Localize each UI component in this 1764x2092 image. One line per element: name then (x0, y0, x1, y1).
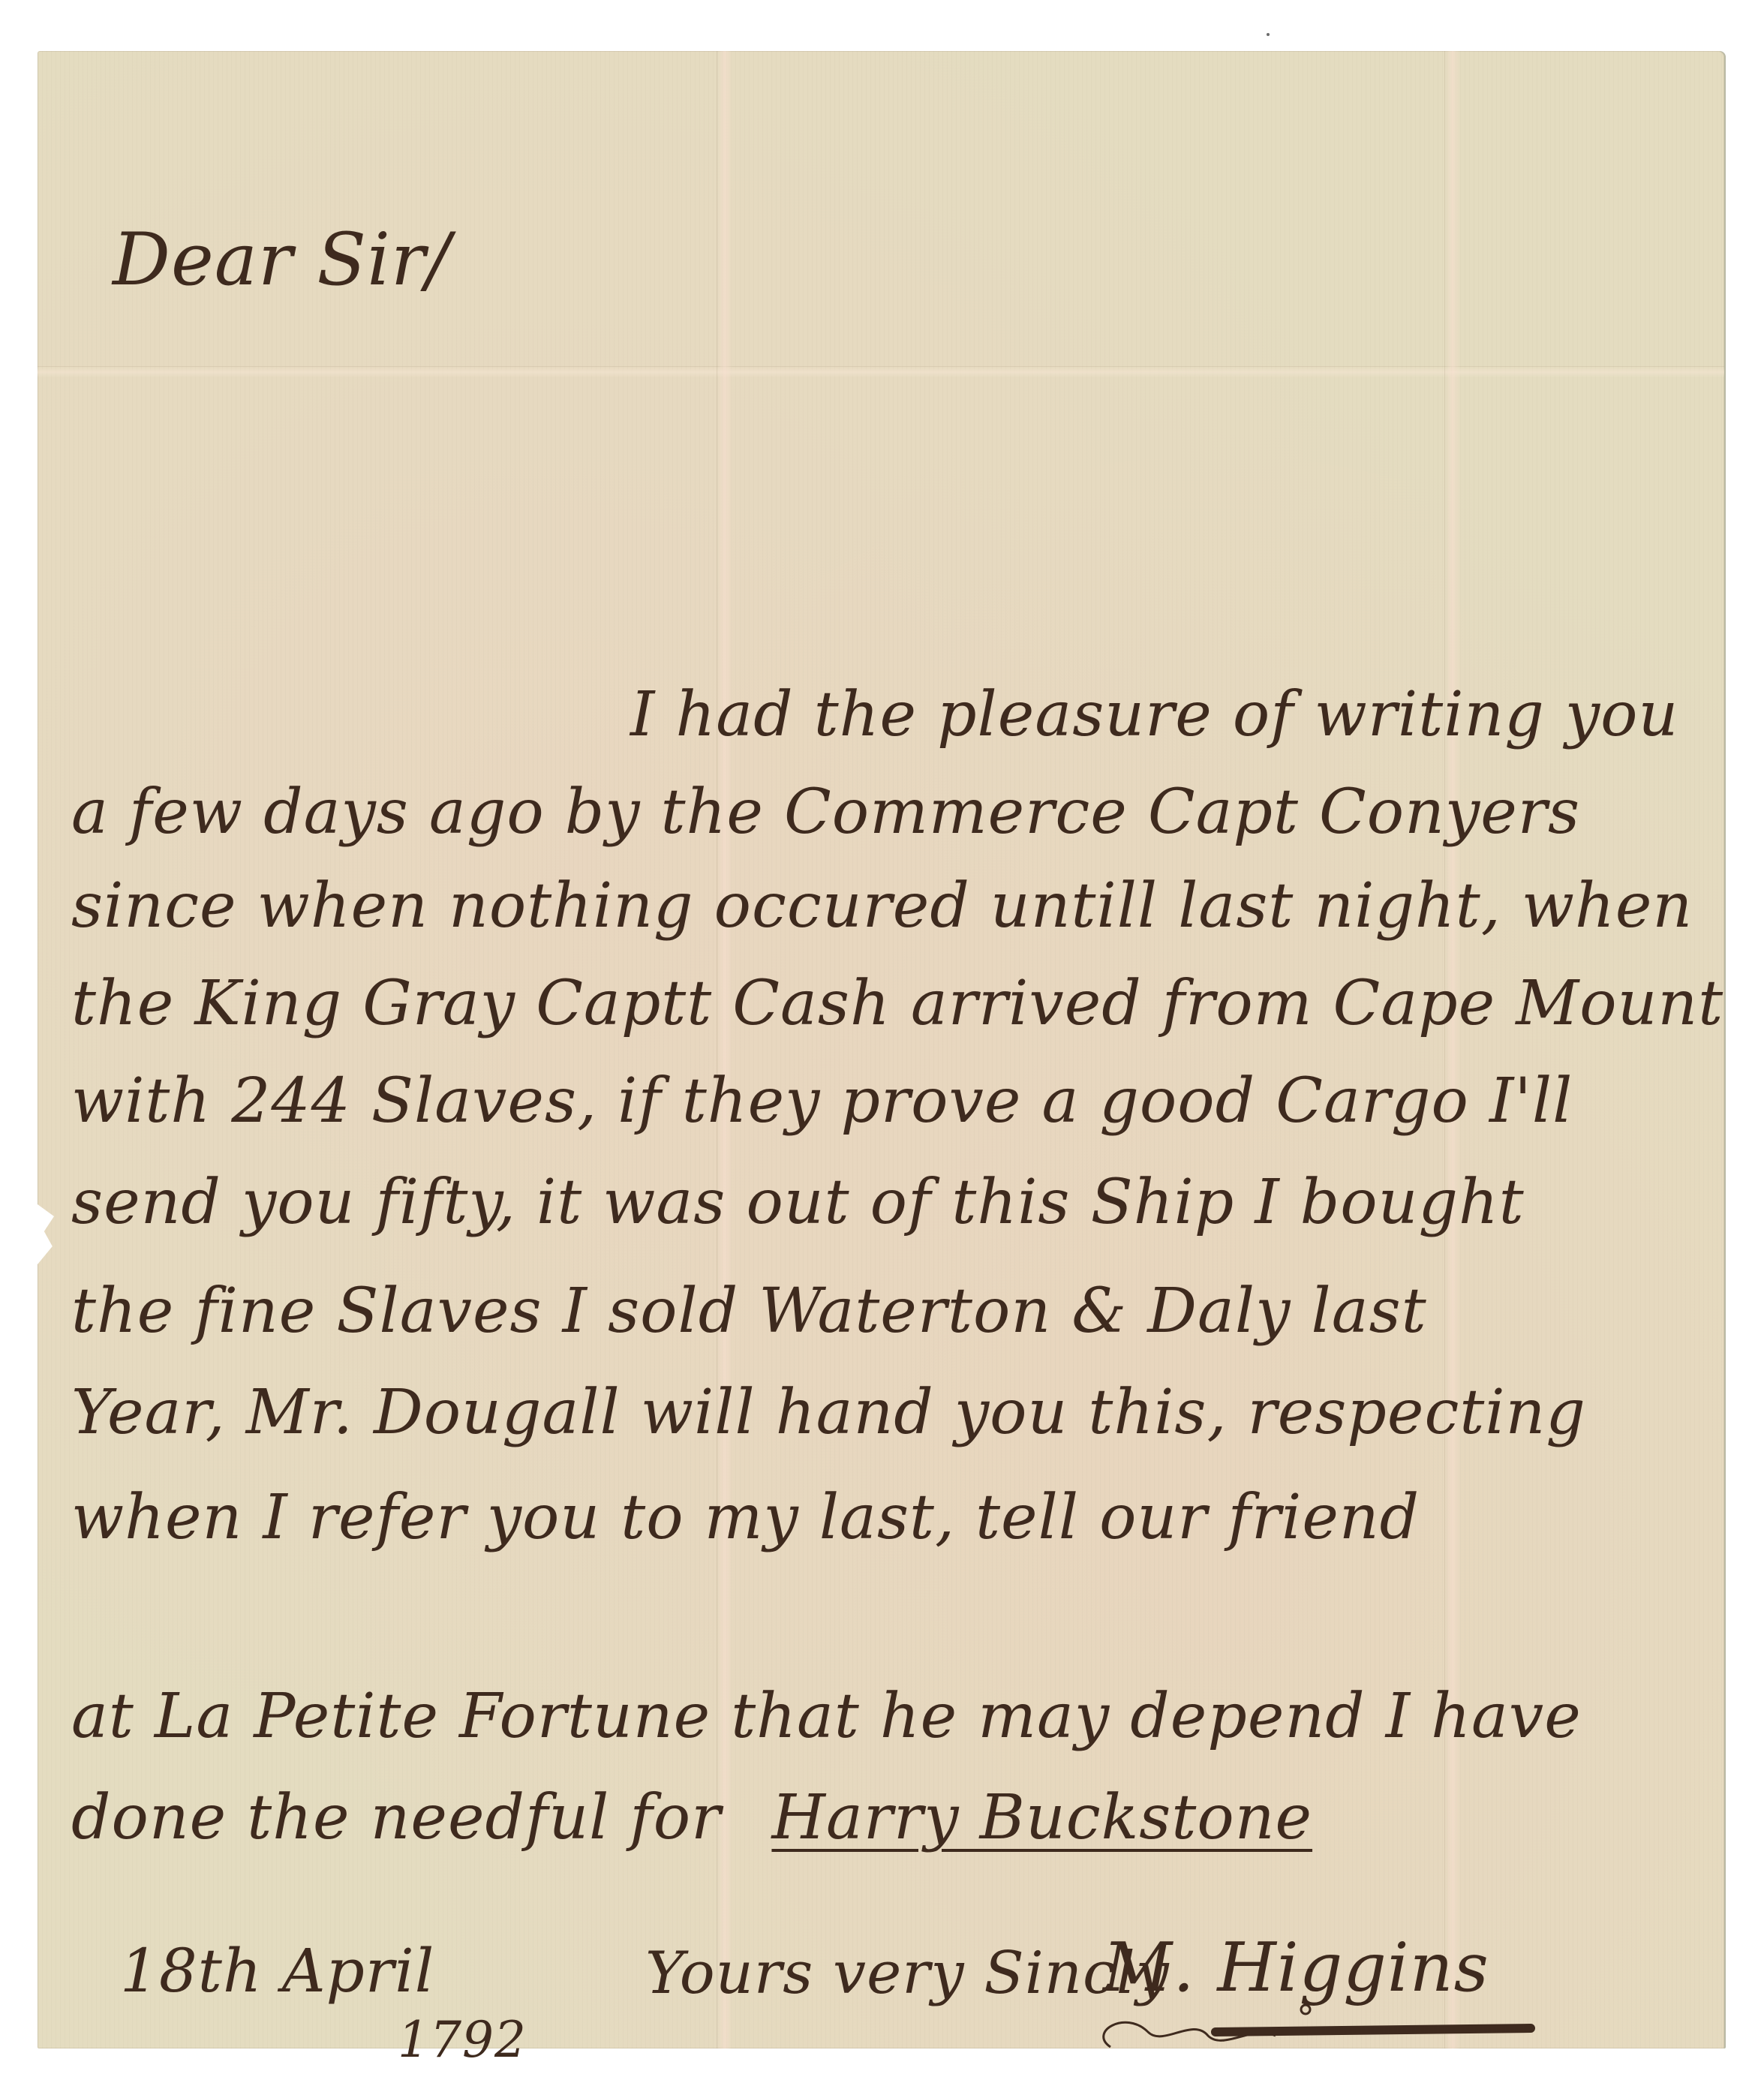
body-line-8: Year, Mr. Dougall will hand you this, re… (71, 1377, 1586, 1448)
body-line-2: a few days ago by the Commerce Capt Cony… (71, 777, 1580, 848)
horizontal-fold-line (38, 366, 1724, 377)
body-line-4: the King Gray Captt Cash arrived from Ca… (71, 968, 1723, 1039)
salutation: Dear Sir/ (113, 218, 451, 302)
body-line-3: since when nothing occured untill last n… (71, 870, 1693, 942)
date-day-month: 18th April (120, 1936, 434, 2006)
signature: M. Higgins (1103, 1928, 1489, 2007)
body-line-9: when I refer you to my last, tell our fr… (71, 1482, 1420, 1553)
signature-flourish-icon (1080, 2002, 1546, 2062)
date-year: 1792 (398, 2011, 527, 2069)
body-line-5: with 244 Slaves, if they prove a good Ca… (71, 1066, 1573, 1137)
underlined-name: Harry Buckstone (771, 1782, 1312, 1853)
body-line-6: send you fifty, it was out of this Ship … (71, 1167, 1525, 1238)
closing: Yours very Sincly (645, 1940, 1170, 2007)
body-line-10: at La Petite Fortune that he may depend … (71, 1681, 1582, 1752)
body-line-1: I had the pleasure of writing you (630, 679, 1678, 750)
body-line-11: done the needful for Harry Buckstone (71, 1782, 1312, 1853)
body-line-7: the fine Slaves I sold Waterton & Daly l… (71, 1276, 1427, 1347)
scan-speck (1267, 33, 1270, 36)
body-line-11-text: done the needful for (71, 1782, 721, 1853)
